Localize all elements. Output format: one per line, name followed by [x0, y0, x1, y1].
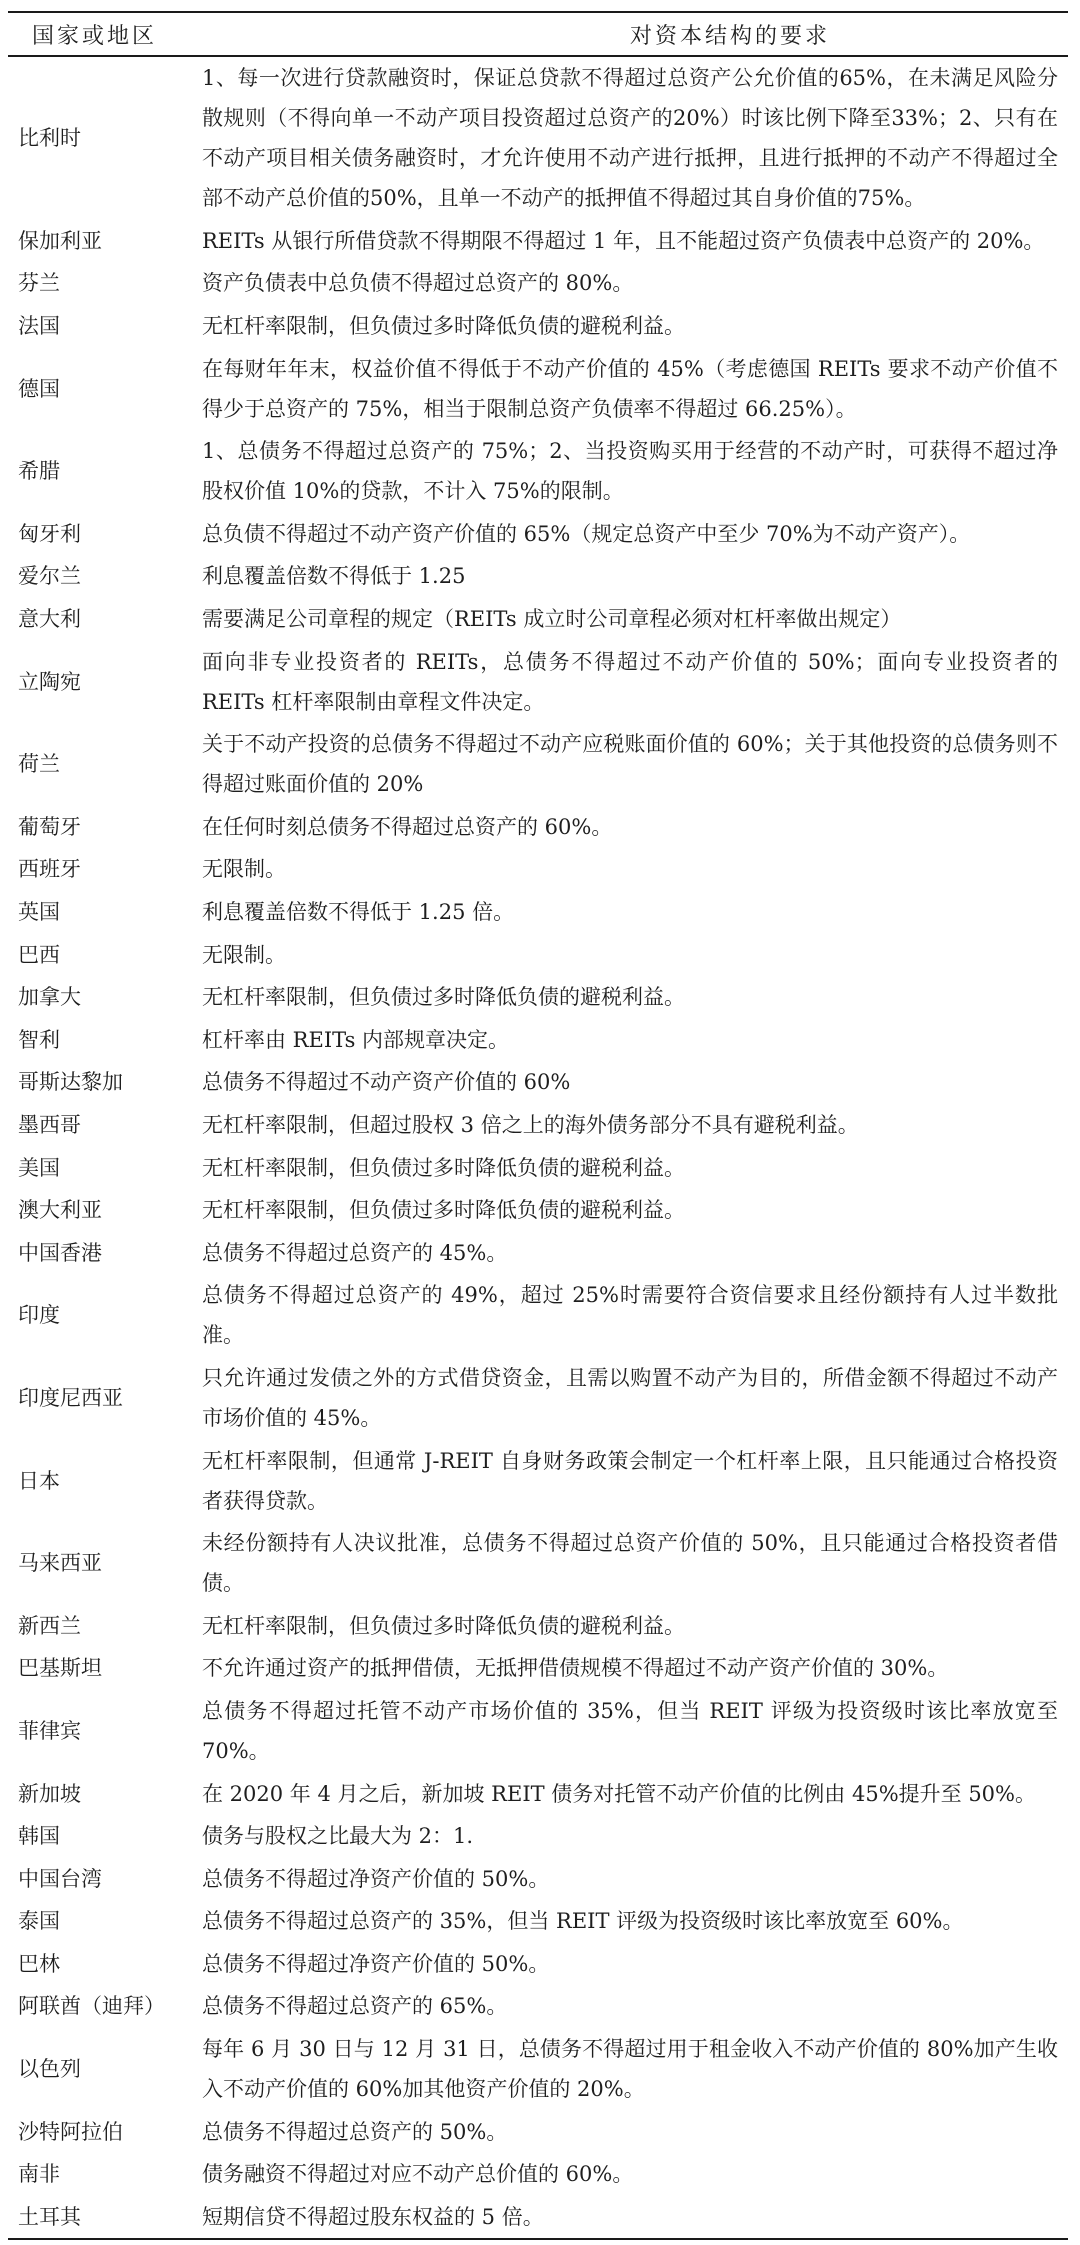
table-row: 沙特阿拉伯总债务不得超过总资产的 50%。: [8, 2110, 1068, 2153]
requirement-cell: 无限制。: [202, 848, 1068, 891]
table-header-row: 国家或地区 对资本结构的要求: [8, 12, 1068, 56]
requirement-cell: 利息覆盖倍数不得低于 1.25: [202, 555, 1068, 598]
table-row: 菲律宾总债务不得超过托管不动产市场价值的 35%，但当 REIT 评级为投资级时…: [8, 1690, 1068, 1773]
table-row: 新加坡在 2020 年 4 月之后，新加坡 REIT 债务对托管不动产价值的比例…: [8, 1772, 1068, 1815]
header-country: 国家或地区: [8, 12, 202, 56]
table-row: 法国无杠杆率限制，但负债过多时降低负债的避税利益。: [8, 305, 1068, 348]
requirement-cell: 1、总债务不得超过总资产的 75%；2、当投资购买用于经营的不动产时，可获得不超…: [202, 430, 1068, 513]
table-row: 澳大利亚无杠杆率限制，但负债过多时降低负债的避税利益。: [8, 1189, 1068, 1232]
requirement-cell: 资产负债表中总负债不得超过总资产的 80%。: [202, 262, 1068, 305]
requirement-cell: 无杠杆率限制，但负债过多时降低负债的避税利益。: [202, 976, 1068, 1019]
country-cell: 南非: [8, 2153, 202, 2196]
requirement-cell: 面向非专业投资者的 REITs，总债务不得超过不动产价值的 50%；面向专业投资…: [202, 640, 1068, 723]
requirement-cell: 无杠杆率限制，但负债过多时降低负债的避税利益。: [202, 1189, 1068, 1232]
country-cell: 土耳其: [8, 2196, 202, 2240]
country-cell: 菲律宾: [8, 1690, 202, 1773]
country-cell: 泰国: [8, 1900, 202, 1943]
table-row: 印度尼西亚只允许通过发债之外的方式借贷资金，且需以购置不动产为目的，所借金额不得…: [8, 1357, 1068, 1440]
table-row: 巴西无限制。: [8, 933, 1068, 976]
country-cell: 意大利: [8, 598, 202, 641]
table-row: 意大利需要满足公司章程的规定（REITs 成立时公司章程必须对杠杆率做出规定）: [8, 598, 1068, 641]
table-row: 比利时1、每一次进行贷款融资时，保证总贷款不得超过总资产公允价值的65%，在未满…: [8, 56, 1068, 220]
country-cell: 葡萄牙: [8, 806, 202, 849]
requirement-cell: 短期信贷不得超过股东权益的 5 倍。: [202, 2196, 1068, 2240]
table-row: 哥斯达黎加总债务不得超过不动产资产价值的 60%: [8, 1061, 1068, 1104]
table-row: 日本无杠杆率限制，但通常 J-REIT 自身财务政策会制定一个杠杆率上限，且只能…: [8, 1439, 1068, 1522]
country-cell: 荷兰: [8, 723, 202, 806]
country-cell: 巴林: [8, 1943, 202, 1986]
table-row: 葡萄牙在任何时刻总债务不得超过总资产的 60%。: [8, 806, 1068, 849]
country-cell: 匈牙利: [8, 513, 202, 556]
table-row: 南非债务融资不得超过对应不动产总价值的 60%。: [8, 2153, 1068, 2196]
country-cell: 阿联酋（迪拜）: [8, 1985, 202, 2028]
country-cell: 加拿大: [8, 976, 202, 1019]
requirement-cell: 不允许通过资产的抵押借债，无抵押借债规模不得超过不动产资产价值的 30%。: [202, 1647, 1068, 1690]
table-row: 韩国债务与股权之比最大为 2：1.: [8, 1815, 1068, 1858]
requirement-cell: 总债务不得超过托管不动产市场价值的 35%，但当 REIT 评级为投资级时该比率…: [202, 1690, 1068, 1773]
requirement-cell: 利息覆盖倍数不得低于 1.25 倍。: [202, 891, 1068, 934]
requirement-cell: 总债务不得超过总资产的 65%。: [202, 1985, 1068, 2028]
table-row: 西班牙无限制。: [8, 848, 1068, 891]
table-row: 中国台湾总债务不得超过净资产价值的 50%。: [8, 1857, 1068, 1900]
requirement-cell: 杠杆率由 REITs 内部规章决定。: [202, 1019, 1068, 1062]
country-cell: 巴西: [8, 933, 202, 976]
country-cell: 爱尔兰: [8, 555, 202, 598]
requirement-cell: 债务融资不得超过对应不动产总价值的 60%。: [202, 2153, 1068, 2196]
country-cell: 德国: [8, 347, 202, 430]
table-row: 墨西哥无杠杆率限制，但超过股权 3 倍之上的海外债务部分不具有避税利益。: [8, 1104, 1068, 1147]
requirement-cell: 总债务不得超过总资产的 35%，但当 REIT 评级为投资级时该比率放宽至 60…: [202, 1900, 1068, 1943]
capital-structure-table-document: 国家或地区 对资本结构的要求 比利时1、每一次进行贷款融资时，保证总贷款不得超过…: [8, 11, 1068, 2240]
country-cell: 智利: [8, 1019, 202, 1062]
table-row: 匈牙利总负债不得超过不动产资产价值的 65%（规定总资产中至少 70%为不动产资…: [8, 513, 1068, 556]
table-row: 保加利亚REITs 从银行所借贷款不得期限不得超过 1 年，且不能超过资产负债表…: [8, 220, 1068, 263]
country-cell: 新西兰: [8, 1604, 202, 1647]
table-row: 马来西亚未经份额持有人决议批准，总债务不得超过总资产价值的 50%，且只能通过合…: [8, 1522, 1068, 1605]
requirement-cell: 在每财年年末，权益价值不得低于不动产价值的 45%（考虑德国 REITs 要求不…: [202, 347, 1068, 430]
country-cell: 墨西哥: [8, 1104, 202, 1147]
requirement-cell: 总债务不得超过不动产资产价值的 60%: [202, 1061, 1068, 1104]
table-row: 德国在每财年年末，权益价值不得低于不动产价值的 45%（考虑德国 REITs 要…: [8, 347, 1068, 430]
requirement-cell: 只允许通过发债之外的方式借贷资金，且需以购置不动产为目的，所借金额不得超过不动产…: [202, 1357, 1068, 1440]
requirement-cell: 关于不动产投资的总债务不得超过不动产应税账面价值的 60%；关于其他投资的总债务…: [202, 723, 1068, 806]
table-row: 土耳其短期信贷不得超过股东权益的 5 倍。: [8, 2196, 1068, 2240]
country-cell: 韩国: [8, 1815, 202, 1858]
country-cell: 以色列: [8, 2028, 202, 2111]
country-cell: 立陶宛: [8, 640, 202, 723]
table-body: 比利时1、每一次进行贷款融资时，保证总贷款不得超过总资产公允价值的65%，在未满…: [8, 56, 1068, 2239]
country-cell: 比利时: [8, 56, 202, 220]
country-cell: 希腊: [8, 430, 202, 513]
table-row: 英国利息覆盖倍数不得低于 1.25 倍。: [8, 891, 1068, 934]
country-cell: 美国: [8, 1146, 202, 1189]
header-requirement: 对资本结构的要求: [202, 12, 1068, 56]
country-cell: 中国台湾: [8, 1857, 202, 1900]
country-cell: 英国: [8, 891, 202, 934]
country-cell: 印度尼西亚: [8, 1357, 202, 1440]
requirement-cell: 无杠杆率限制，但负债过多时降低负债的避税利益。: [202, 1146, 1068, 1189]
table-row: 巴基斯坦不允许通过资产的抵押借债，无抵押借债规模不得超过不动产资产价值的 30%…: [8, 1647, 1068, 1690]
table-row: 立陶宛面向非专业投资者的 REITs，总债务不得超过不动产价值的 50%；面向专…: [8, 640, 1068, 723]
country-cell: 法国: [8, 305, 202, 348]
requirement-cell: 总债务不得超过净资产价值的 50%。: [202, 1857, 1068, 1900]
country-cell: 马来西亚: [8, 1522, 202, 1605]
table-row: 荷兰关于不动产投资的总债务不得超过不动产应税账面价值的 60%；关于其他投资的总…: [8, 723, 1068, 806]
requirement-cell: 总债务不得超过总资产的 49%，超过 25%时需要符合资信要求且经份额持有人过半…: [202, 1274, 1068, 1357]
country-cell: 保加利亚: [8, 220, 202, 263]
requirement-cell: 在任何时刻总债务不得超过总资产的 60%。: [202, 806, 1068, 849]
requirement-cell: 未经份额持有人决议批准，总债务不得超过总资产价值的 50%，且只能通过合格投资者…: [202, 1522, 1068, 1605]
capital-structure-table: 国家或地区 对资本结构的要求 比利时1、每一次进行贷款融资时，保证总贷款不得超过…: [8, 11, 1068, 2240]
table-row: 希腊1、总债务不得超过总资产的 75%；2、当投资购买用于经营的不动产时，可获得…: [8, 430, 1068, 513]
requirement-cell: 总债务不得超过净资产价值的 50%。: [202, 1943, 1068, 1986]
requirement-cell: 总债务不得超过总资产的 45%。: [202, 1231, 1068, 1274]
table-row: 新西兰无杠杆率限制，但负债过多时降低负债的避税利益。: [8, 1604, 1068, 1647]
requirement-cell: 需要满足公司章程的规定（REITs 成立时公司章程必须对杠杆率做出规定）: [202, 598, 1068, 641]
country-cell: 哥斯达黎加: [8, 1061, 202, 1104]
requirement-cell: 总债务不得超过总资产的 50%。: [202, 2110, 1068, 2153]
requirement-cell: 无杠杆率限制，但负债过多时降低负债的避税利益。: [202, 305, 1068, 348]
table-row: 巴林总债务不得超过净资产价值的 50%。: [8, 1943, 1068, 1986]
country-cell: 巴基斯坦: [8, 1647, 202, 1690]
country-cell: 西班牙: [8, 848, 202, 891]
requirement-cell: 总负债不得超过不动产资产价值的 65%（规定总资产中至少 70%为不动产资产）。: [202, 513, 1068, 556]
table-row: 阿联酋（迪拜）总债务不得超过总资产的 65%。: [8, 1985, 1068, 2028]
requirement-cell: 无杠杆率限制，但通常 J-REIT 自身财务政策会制定一个杠杆率上限，且只能通过…: [202, 1439, 1068, 1522]
country-cell: 印度: [8, 1274, 202, 1357]
table-row: 泰国总债务不得超过总资产的 35%，但当 REIT 评级为投资级时该比率放宽至 …: [8, 1900, 1068, 1943]
table-row: 中国香港总债务不得超过总资产的 45%。: [8, 1231, 1068, 1274]
requirement-cell: 债务与股权之比最大为 2：1.: [202, 1815, 1068, 1858]
requirement-cell: 在 2020 年 4 月之后，新加坡 REIT 债务对托管不动产价值的比例由 4…: [202, 1772, 1068, 1815]
requirement-cell: 无杠杆率限制，但超过股权 3 倍之上的海外债务部分不具有避税利益。: [202, 1104, 1068, 1147]
country-cell: 芬兰: [8, 262, 202, 305]
requirement-cell: 无限制。: [202, 933, 1068, 976]
requirement-cell: REITs 从银行所借贷款不得期限不得超过 1 年，且不能超过资产负债表中总资产…: [202, 220, 1068, 263]
table-row: 美国无杠杆率限制，但负债过多时降低负债的避税利益。: [8, 1146, 1068, 1189]
table-row: 爱尔兰利息覆盖倍数不得低于 1.25: [8, 555, 1068, 598]
table-row: 以色列每年 6 月 30 日与 12 月 31 日，总债务不得超过用于租金收入不…: [8, 2028, 1068, 2111]
requirement-cell: 1、每一次进行贷款融资时，保证总贷款不得超过总资产公允价值的65%，在未满足风险…: [202, 56, 1068, 220]
table-row: 印度总债务不得超过总资产的 49%，超过 25%时需要符合资信要求且经份额持有人…: [8, 1274, 1068, 1357]
table-row: 加拿大无杠杆率限制，但负债过多时降低负债的避税利益。: [8, 976, 1068, 1019]
country-cell: 新加坡: [8, 1772, 202, 1815]
table-row: 智利杠杆率由 REITs 内部规章决定。: [8, 1019, 1068, 1062]
country-cell: 日本: [8, 1439, 202, 1522]
table-row: 芬兰资产负债表中总负债不得超过总资产的 80%。: [8, 262, 1068, 305]
country-cell: 中国香港: [8, 1231, 202, 1274]
requirement-cell: 每年 6 月 30 日与 12 月 31 日，总债务不得超过用于租金收入不动产价…: [202, 2028, 1068, 2111]
country-cell: 澳大利亚: [8, 1189, 202, 1232]
requirement-cell: 无杠杆率限制，但负债过多时降低负债的避税利益。: [202, 1604, 1068, 1647]
country-cell: 沙特阿拉伯: [8, 2110, 202, 2153]
